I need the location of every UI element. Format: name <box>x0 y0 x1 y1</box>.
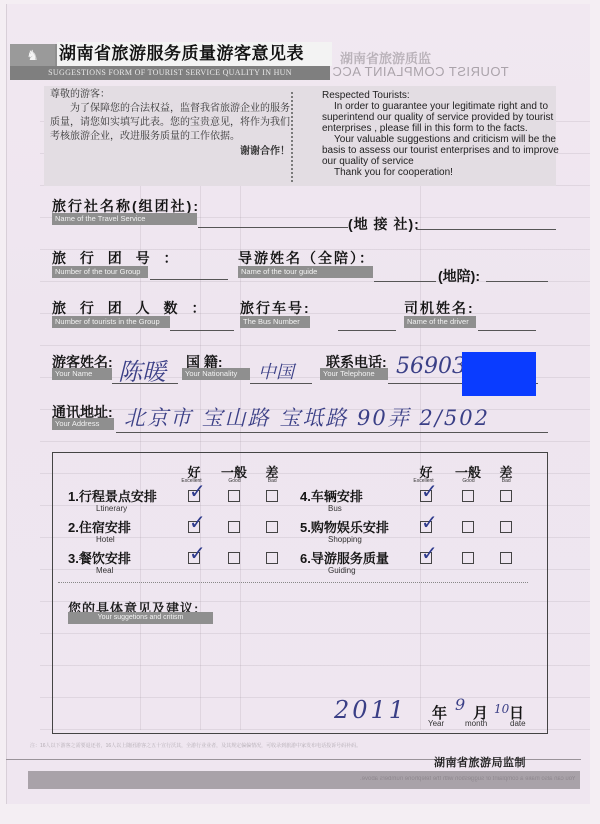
driver-name-label: 司机姓名: <box>404 298 475 318</box>
telephone-value: 56903 <box>396 354 466 379</box>
bus-number-label: 旅行车号: <box>240 298 311 318</box>
intro-cn-greeting: 尊敬的游客： <box>50 88 290 102</box>
group-size-label-en: Number of tourists in the Group <box>52 316 170 328</box>
guide-name-field[interactable] <box>374 281 436 282</box>
footer-ghost-text: You can also make a complaint or suggest… <box>360 776 576 782</box>
rating-checkbox-good[interactable] <box>228 521 240 533</box>
check-mark-icon: ✓ <box>189 544 206 564</box>
rating-item-label-en: Hotel <box>96 535 115 544</box>
rating-item-label-en: Guiding <box>328 566 356 575</box>
rating-item-label: 6.导游服务质量 <box>300 548 389 567</box>
guide-name-label: 导游姓名（全陪）： <box>238 248 375 268</box>
intro-en-greeting: Respected Tourists: <box>322 90 410 101</box>
rating-item-label-en: Bus <box>328 504 342 513</box>
guide-name-label-en: Name of the tour guide <box>238 266 373 278</box>
group-size-label: 旅 行 团 人 数 ： <box>52 298 210 318</box>
form-subtitle: SUGGESTIONS FORM OF TOURIST SERVICE QUAL… <box>10 66 330 80</box>
rating-checkbox-bad[interactable] <box>500 490 512 502</box>
travel-service-field[interactable] <box>198 227 348 228</box>
intro-en-p2: Your valuable suggestions and criticism … <box>322 134 562 167</box>
intro-divider <box>291 92 293 182</box>
check-mark-icon: ✓ <box>421 482 438 502</box>
your-name-value: 陈暖 <box>118 352 166 387</box>
rating-checkbox-good[interactable] <box>228 490 240 502</box>
rating-column-header-en: Bad <box>268 478 277 484</box>
month-label-en: month <box>465 719 487 728</box>
rating-checkbox-good[interactable] <box>462 490 474 502</box>
issuer: 湖南省旅游局监制 <box>434 754 526 770</box>
rating-checkbox-bad[interactable] <box>500 521 512 533</box>
address-value: 北京市 宝山路 宝坻路 90弄 2/502 <box>124 402 490 432</box>
rating-item-label: 2.住宿安排 <box>68 517 131 536</box>
rating-item-label-en: Shopping <box>328 535 362 544</box>
local-guide-field[interactable] <box>486 281 548 282</box>
form-title: 湖南省旅游服务质量游客意见表 <box>57 42 332 66</box>
rating-checkbox-bad[interactable] <box>266 490 278 502</box>
rating-item-label: 3.餐饮安排 <box>68 548 131 567</box>
dotted-divider <box>58 582 528 583</box>
group-size-field[interactable] <box>170 330 234 331</box>
driver-name-label-en: Name of the driver <box>404 316 476 328</box>
local-agency-field[interactable] <box>416 229 556 230</box>
rating-item-label: 1.行程景点安排 <box>68 486 157 505</box>
ghost-subtitle: TOURIST COMPLAINT ACC <box>332 64 509 79</box>
check-mark-icon: ✓ <box>189 482 206 502</box>
intro-english: Respected Tourists: In order to guarante… <box>322 90 562 178</box>
intro-en-p3: Thank you for cooperation! <box>322 167 562 178</box>
check-mark-icon: ✓ <box>421 544 438 564</box>
check-mark-icon: ✓ <box>421 513 438 533</box>
tour-group-label: 旅 行 团 号 ： <box>52 248 183 268</box>
redaction-block <box>462 352 536 396</box>
rating-column-header-en: Good <box>462 478 474 484</box>
address-field[interactable] <box>116 432 548 433</box>
day-value: 10 <box>494 702 509 716</box>
suggestions-label-en: Your suggetions and critism <box>68 612 213 624</box>
rating-item-label: 5.购物娱乐安排 <box>300 517 389 536</box>
footnote: 注：16人以下游客之需要退还者，16人以上随团游客之五十宣行沃其，全游行业业者，… <box>30 742 570 749</box>
year-value: 2011 <box>334 696 407 724</box>
local-agency-label: (地 接 社): <box>348 214 420 234</box>
tour-group-label-en: Number of the tour Group <box>52 266 148 278</box>
rating-checkbox-good[interactable] <box>228 552 240 564</box>
address-label-en: Your Address <box>52 418 114 430</box>
check-mark-icon: ✓ <box>189 513 206 533</box>
rating-checkbox-bad[interactable] <box>266 521 278 533</box>
rating-checkbox-bad[interactable] <box>500 552 512 564</box>
your-name-label-en: Your Name <box>52 368 112 380</box>
tour-group-field[interactable] <box>150 279 228 280</box>
driver-name-field[interactable] <box>478 330 536 331</box>
rating-column-header-en: Bad <box>502 478 511 484</box>
day-label-en: date <box>510 719 526 728</box>
month-value: 9 <box>455 695 465 714</box>
rating-checkbox-good[interactable] <box>462 521 474 533</box>
nationality-label-en: Your Nationality <box>182 368 250 380</box>
suggestions-field[interactable] <box>60 630 540 700</box>
intro-cn-thanks: 谢谢合作！ <box>50 145 290 159</box>
rating-checkbox-good[interactable] <box>462 552 474 564</box>
year-label-en: Year <box>428 719 444 728</box>
travel-service-label-en: Name of the Travel Service <box>52 213 197 225</box>
rating-checkbox-bad[interactable] <box>266 552 278 564</box>
rating-column-header-en: Good <box>228 478 240 484</box>
horse-icon: ♞ <box>10 44 55 66</box>
bus-number-field[interactable] <box>338 330 396 331</box>
rating-item-label-en: Ltinerary <box>96 504 127 513</box>
intro-en-p1: In order to guarantee your legitimate ri… <box>322 101 562 134</box>
bus-number-label-en: The Bus Number <box>240 316 310 328</box>
rating-item-label-en: Meal <box>96 566 113 575</box>
rating-item-label: 4.车辆安排 <box>300 486 363 505</box>
telephone-label-en: Your Telephone <box>320 368 388 380</box>
nationality-value: 中国 <box>258 358 294 384</box>
intro-cn-body: 为了保障您的合法权益，监督我省旅游企业的服务质量，请您如实填写此表。您的宝贵意见… <box>50 102 290 144</box>
intro-chinese: 尊敬的游客： 为了保障您的合法权益，监督我省旅游企业的服务质量，请您如实填写此表… <box>50 88 290 159</box>
local-guide-label: (地陪): <box>438 266 480 286</box>
